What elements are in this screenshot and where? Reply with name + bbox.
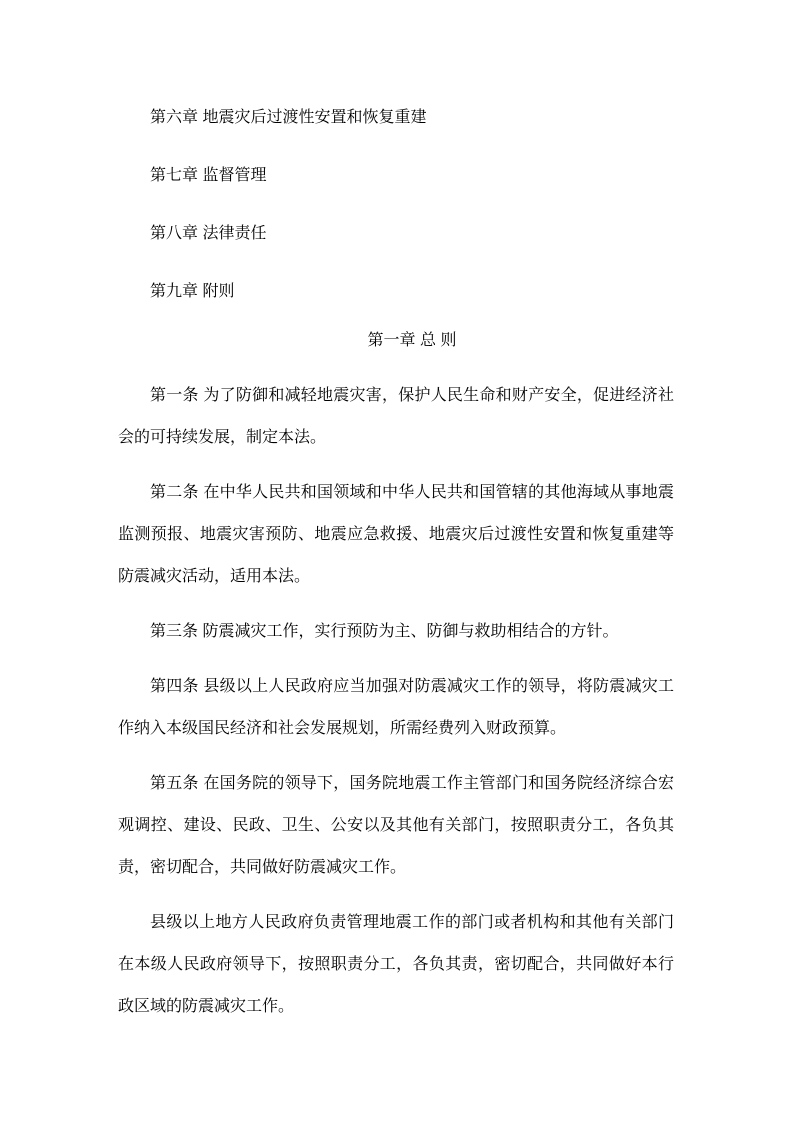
article-4-para: 第四条 县级以上人民政府应当加强对防震减灾工作的领导，将防震减灾工作纳入本级国民… (118, 666, 674, 750)
document-page: 第六章 地震灾后过渡性安置和恢复重建 第七章 监督管理 第八章 法律责任 第九章… (0, 0, 793, 1122)
article-3-para: 第三条 防震减灾工作，实行预防为主、防御与救助相结合的方针。 (118, 611, 674, 653)
article-5-para-2: 县级以上地方人民政府负责管理地震工作的部门或者机构和其他有关部门在本级人民政府领… (118, 902, 674, 1028)
toc-chapter-7: 第七章 监督管理 (118, 155, 674, 197)
article-1-para: 第一条 为了防御和减轻地震灾害，保护人民生命和财产安全，促进经济社会的可持续发展… (118, 375, 674, 459)
toc-chapter-9: 第九章 附则 (118, 271, 674, 313)
article-2-para: 第二条 在中华人民共和国领域和中华人民共和国管辖的其他海域从事地震监测预报、地震… (118, 472, 674, 598)
chapter-1-heading: 第一章 总 则 (118, 320, 674, 362)
toc-chapter-6: 第六章 地震灾后过渡性安置和恢复重建 (118, 97, 674, 139)
article-5-para: 第五条 在国务院的领导下，国务院地震工作主管部门和国务院经济综合宏观调控、建设、… (118, 763, 674, 889)
toc-chapter-8: 第八章 法律责任 (118, 213, 674, 255)
